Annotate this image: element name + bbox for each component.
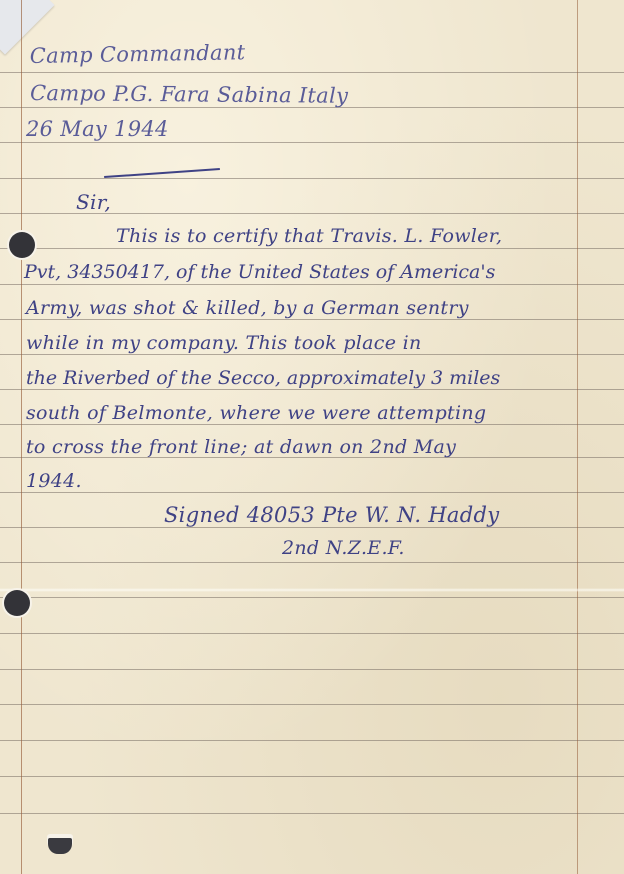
body-line: to cross the front line; at dawn on 2nd … [26,436,456,458]
rule-line [0,562,624,563]
rule-line [0,492,624,493]
rule-line [0,633,624,634]
rule-line [0,813,624,814]
body-line: Pvt, 34350417, of the United States of A… [24,261,495,283]
rule-line [0,178,624,179]
signature-unit: 2nd N.Z.E.F. [282,537,405,559]
rule-line [0,319,624,320]
body-line: south of Belmonte, where we were attempt… [26,402,486,424]
rule-line [0,597,624,598]
rule-line [0,527,624,528]
header-location: Campo P.G. Fara Sabina Italy [30,81,348,108]
torn-hole [48,838,72,854]
header-date: 26 May 1944 [26,117,169,141]
rule-line [0,284,624,285]
header-addressee: Camp Commandant [30,40,246,68]
salutation: Sir, [76,190,111,214]
body-line: the Riverbed of the Secco, approximately… [26,367,500,389]
body-line: Army, was shot & killed, by a German sen… [26,297,469,319]
body-line: This is to certify that Travis. L. Fowle… [116,225,502,247]
rule-line [0,704,624,705]
header-underline [104,168,220,178]
right-margin-line [577,0,578,874]
letter-page: Camp Commandant Campo P.G. Fara Sabina I… [0,0,624,874]
rule-line [0,776,624,777]
rule-line [0,142,624,143]
body-line: while in my company. This took place in [26,332,422,354]
punch-hole [9,232,35,258]
fold-crease [0,588,624,592]
rule-line [0,72,624,73]
punch-hole [4,590,30,616]
body-line: 1944. [26,470,82,492]
rule-line [0,669,624,670]
left-margin-line [21,0,22,874]
rule-line [0,424,624,425]
rule-line [0,389,624,390]
rule-line [0,740,624,741]
rule-line [0,248,624,249]
rule-line [0,354,624,355]
signature-line: Signed 48053 Pte W. N. Haddy [164,503,499,527]
